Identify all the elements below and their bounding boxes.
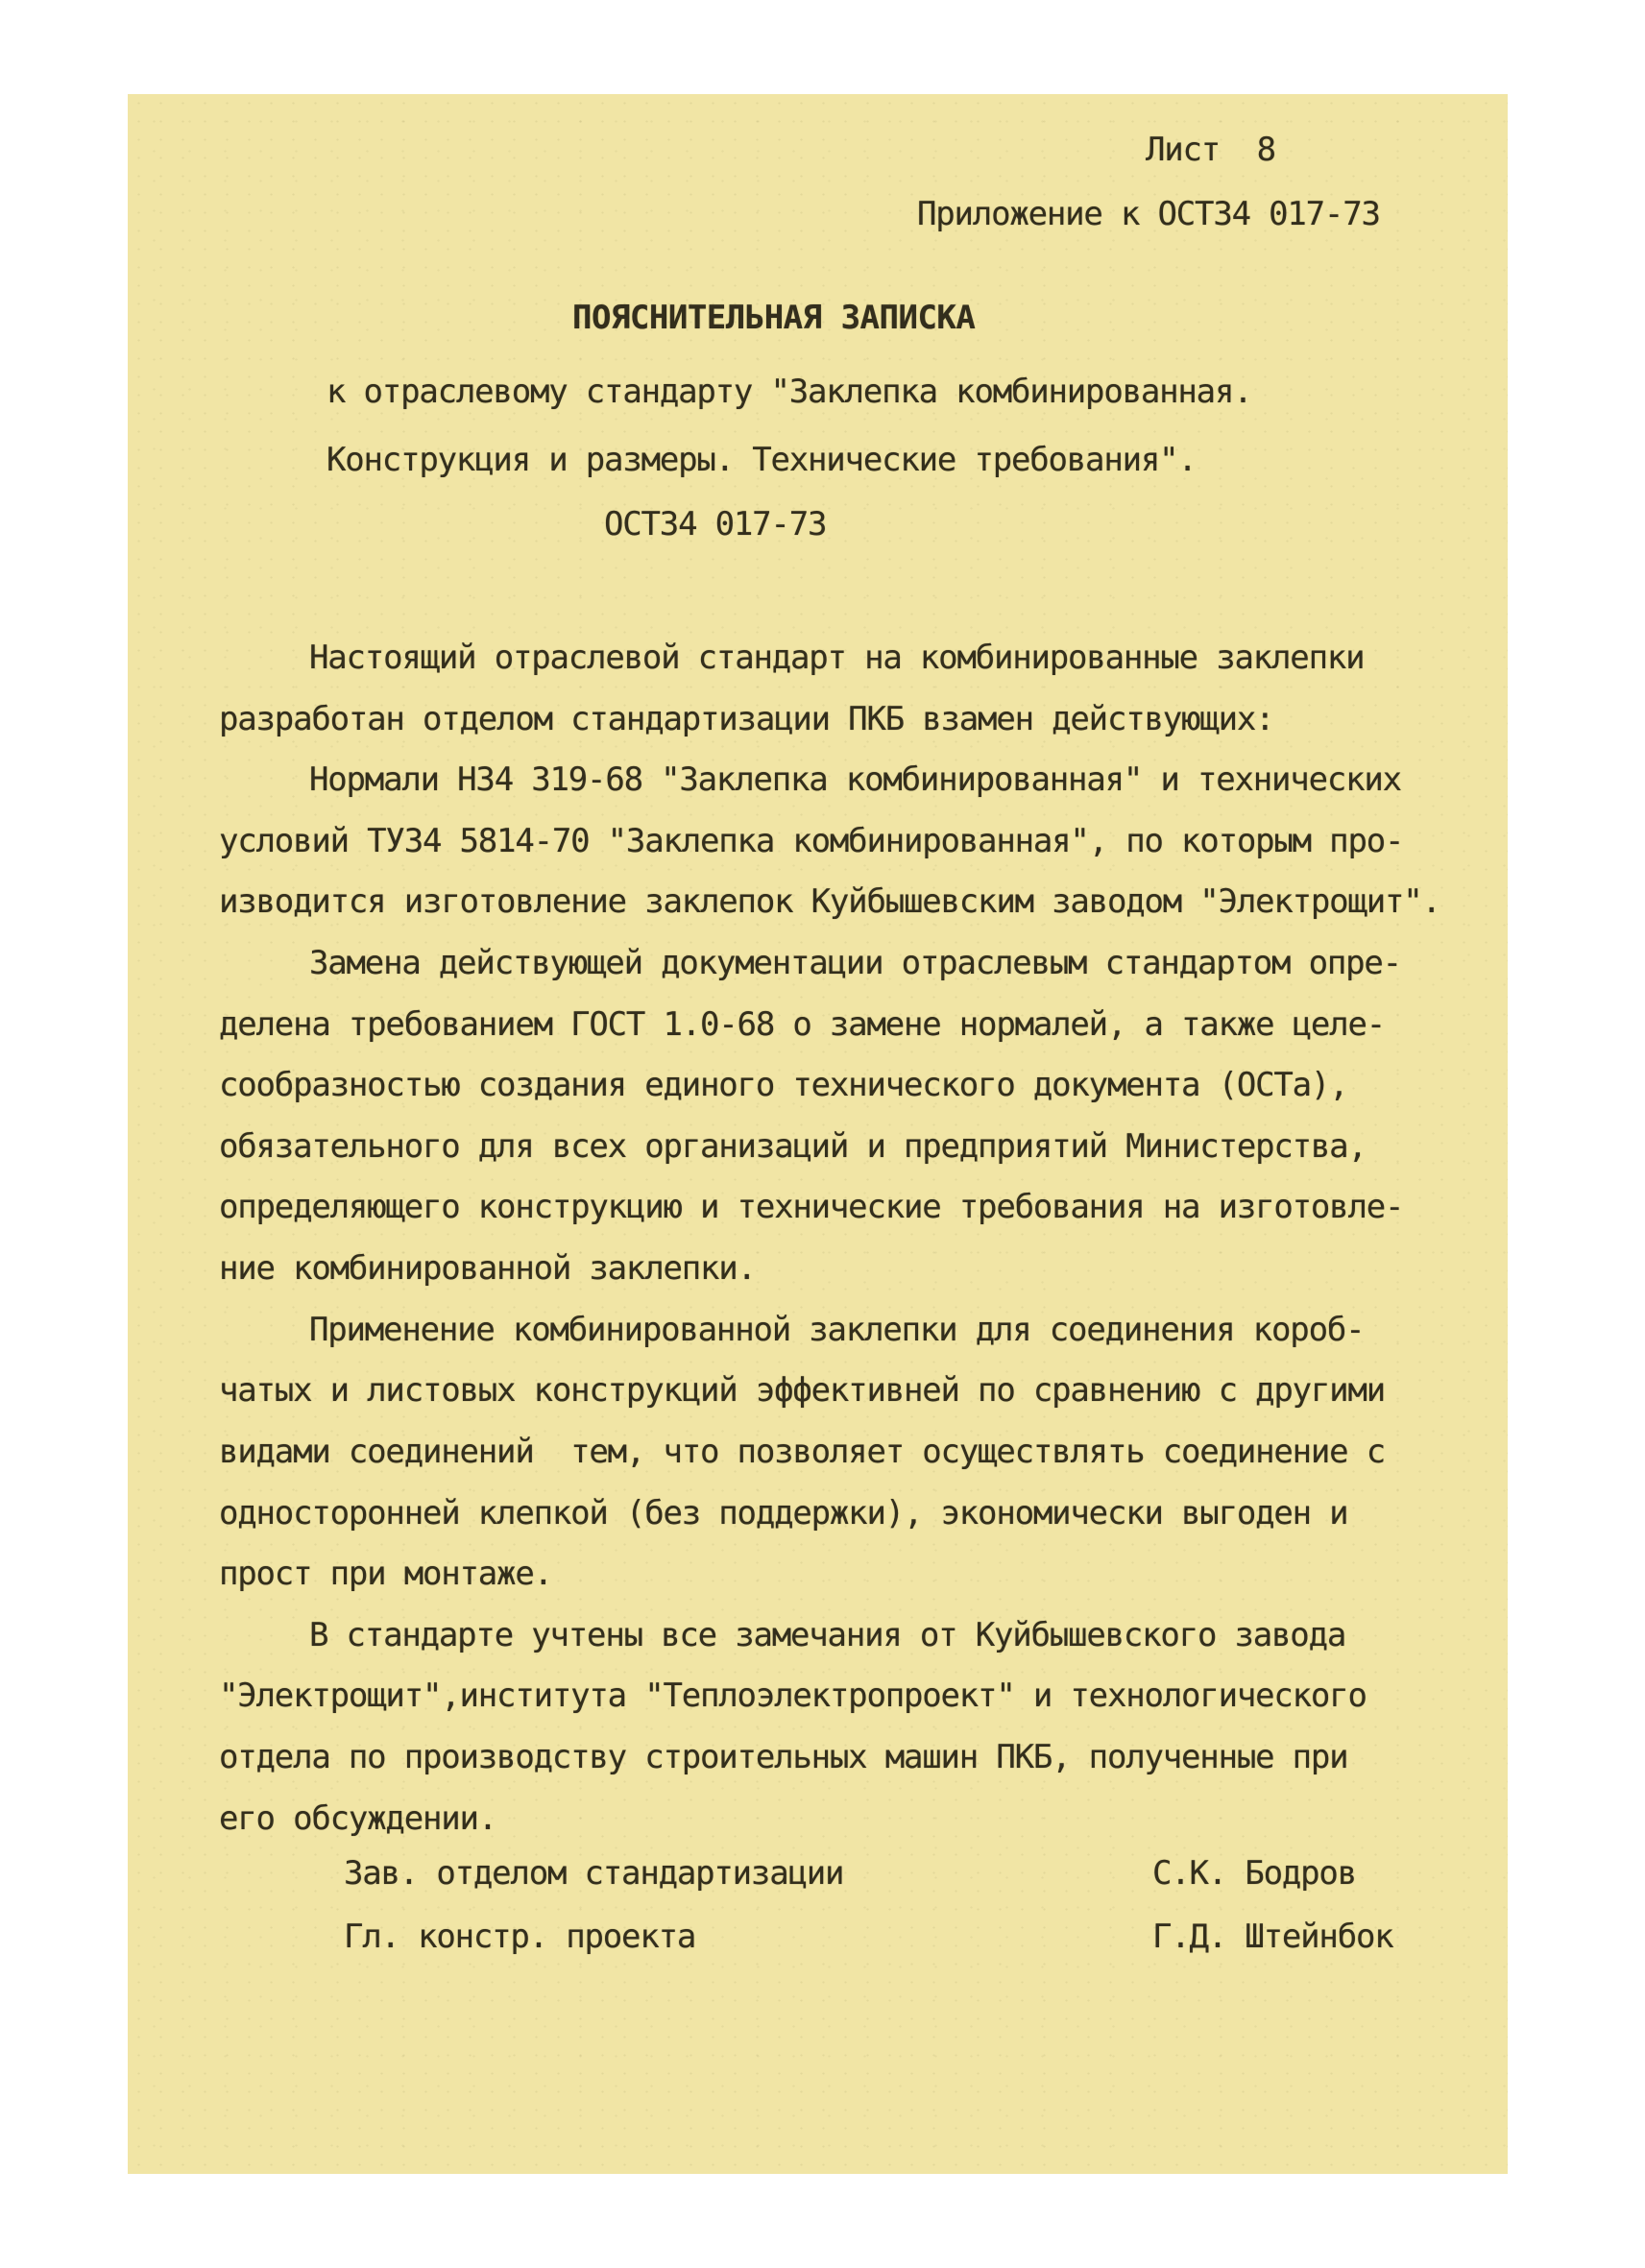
body-line: разработан отделом стандартизации ПКБ вз… <box>219 700 1273 738</box>
body-line: изводится изготовление заклепок Куйбышев… <box>219 882 1440 921</box>
body-line: обязательного для всех организаций и пре… <box>219 1127 1367 1166</box>
body-line: отдела по производству строительных маши… <box>219 1738 1347 1776</box>
document-subtitle-line-2: Конструкция и размеры. Технические требо… <box>327 441 1197 479</box>
signature-role-2: Гл. констр. проекта <box>344 1918 695 1956</box>
body-line: делена требованием ГОСТ 1.0-68 о замене … <box>219 1005 1385 1044</box>
body-line: В стандарте учтены все замечания от Куйб… <box>309 1616 1345 1654</box>
body-line: ние комбинированной заклепки. <box>219 1249 756 1288</box>
body-line: односторонней клепкой (без поддержки), э… <box>219 1494 1347 1532</box>
signature-name-1: С.К. Бодров <box>1152 1854 1356 1893</box>
body-line: видами соединений тем, что позволяет осу… <box>219 1433 1385 1471</box>
body-line: прост при монтаже. <box>219 1555 552 1593</box>
standard-number: ОСТ34 017-73 <box>604 505 826 543</box>
body-line: Применение комбинированной заклепки для … <box>309 1311 1364 1349</box>
body-line: Настоящий отраслевой стандарт на комбини… <box>309 639 1364 677</box>
body-line: его обсуждении. <box>219 1799 496 1838</box>
document-subtitle-line-1: к отраслевому стандарту "Заклепка комбин… <box>327 373 1252 411</box>
body-line: определяющего конструкцию и технические … <box>219 1188 1403 1226</box>
body-line: чатых и листовых конструкций эффективней… <box>219 1371 1385 1410</box>
body-line: Замена действующей документации отраслев… <box>309 944 1401 982</box>
body-line: Нормали Н34 319-68 "Заклепка комбинирова… <box>309 760 1401 799</box>
signature-role-1: Зав. отделом стандартизации <box>344 1854 843 1893</box>
document-title: ПОЯСНИТЕЛЬНАЯ ЗАПИСКА <box>572 299 975 337</box>
annex-reference: Приложение к ОСТ34 017-73 <box>917 195 1380 233</box>
body-line: сообразностью создания единого техническ… <box>219 1066 1347 1104</box>
body-line: "Электрощит",института "Теплоэлектропрое… <box>219 1677 1367 1715</box>
sheet-number: Лист 8 <box>1146 131 1275 169</box>
signature-name-2: Г.Д. Штейнбок <box>1152 1918 1393 1956</box>
document-page: Лист 8 Приложение к ОСТ34 017-73 ПОЯСНИТ… <box>128 94 1508 2174</box>
body-line: условий ТУ34 5814-70 "Заклепка комбиниро… <box>219 822 1403 860</box>
scanned-document: Лист 8 Приложение к ОСТ34 017-73 ПОЯСНИТ… <box>0 0 1645 2268</box>
